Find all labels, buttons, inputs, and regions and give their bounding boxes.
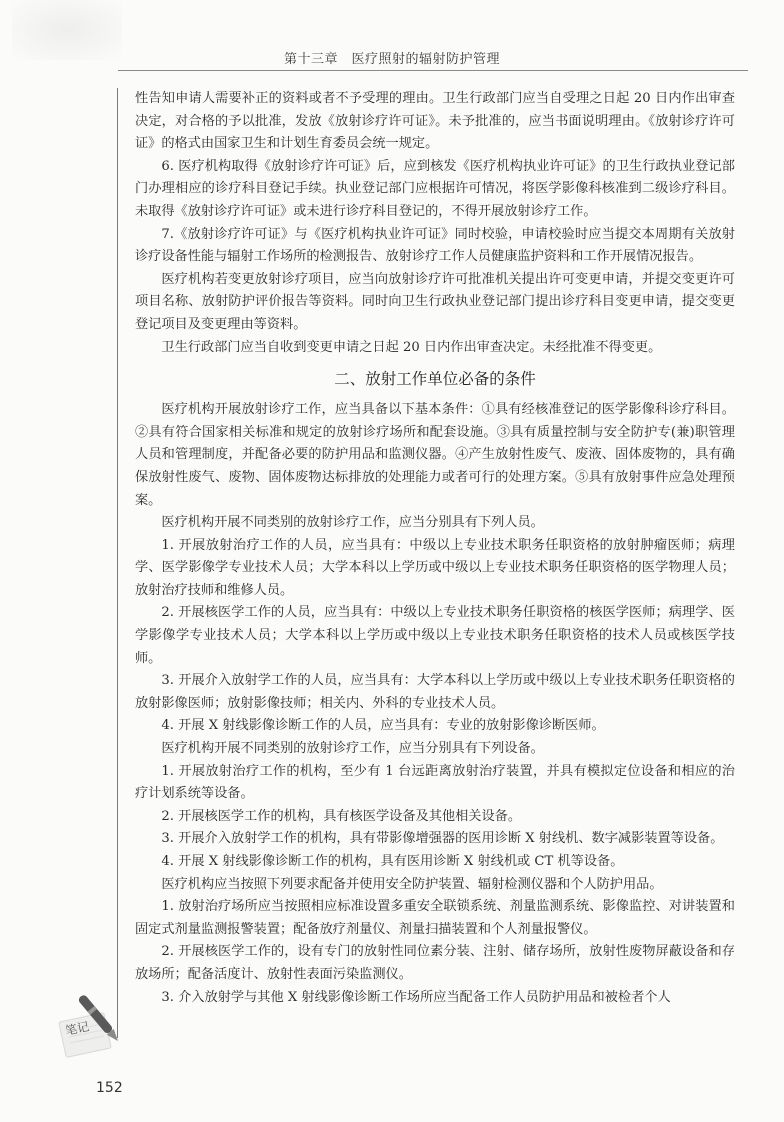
paragraph: 4. 开展 X 射线影像诊断工作的机构，具有医用诊断 X 射线机或 CT 机等设… [135,851,735,874]
paragraph: 4. 开展 X 射线影像诊断工作的人员，应当具有：专业的放射影像诊断医师。 [135,715,735,738]
paragraph: 医疗机构开展放射诊疗工作，应当具备以下基本条件：①具有经核准登记的医学影像科诊疗… [135,399,735,512]
paragraph: 2. 开展核医学工作的人员，应当具有：中级以上专业技术职务任职资格的核医学医师；… [135,602,735,670]
chapter-header: 第十三章 医疗照射的辐射防护管理 [0,48,784,67]
body-text: 性告知申请人需要补正的资料或者不予受理的理由。卫生行政部门应当自受理之日起 20… [135,88,735,1009]
paragraphs-before-heading: 性告知申请人需要补正的资料或者不予受理的理由。卫生行政部门应当自受理之日起 20… [135,88,735,359]
paragraph: 2. 开展核医学工作的，设有专门的放射性同位素分装、注射、储存场所，放射性废物屏… [135,941,735,986]
margin-rule [117,88,118,1038]
paragraphs-after-heading: 医疗机构开展放射诊疗工作，应当具备以下基本条件：①具有经核准登记的医学影像科诊疗… [135,399,735,1009]
paragraph: 3. 开展介入放射学工作的机构，具有带影像增强器的医用诊断 X 射线机、数字减影… [135,828,735,851]
paragraph: 1. 开展放射治疗工作的机构，至少有 1 台远距离放射治疗装置，并具有模拟定位设… [135,761,735,806]
header-rule [118,70,748,71]
paragraph: 医疗机构开展不同类别的放射诊疗工作，应当分别具有下列设备。 [135,738,735,761]
paragraph: 性告知申请人需要补正的资料或者不予受理的理由。卫生行政部门应当自受理之日起 20… [135,88,735,156]
paragraph: 2. 开展核医学工作的机构，具有核医学设备及其他相关设备。 [135,806,735,829]
paragraph: 医疗机构应当按照下列要求配备并使用安全防护装置、辐射检测仪器和个人防护用品。 [135,874,735,897]
paragraph: 卫生行政部门应当自收到变更申请之日起 20 日内作出审查决定。未经批准不得变更。 [135,337,735,360]
paragraph: 1. 放射治疗场所应当按照相应标准设置多重安全联锁系统、剂量监测系统、影像监控、… [135,896,735,941]
paragraph: 医疗机构开展不同类别的放射诊疗工作，应当分别具有下列人员。 [135,512,735,535]
paragraph: 1. 开展放射治疗工作的人员，应当具有：中级以上专业技术职务任职资格的放射肿瘤医… [135,535,735,603]
page-number: 152 [96,1080,123,1096]
paragraph: 医疗机构若变更放射诊疗项目，应当向放射诊疗许可批准机关提出许可变更申请，并提交变… [135,269,735,337]
paragraph: 6. 医疗机构取得《放射诊疗许可证》后，应到核发《医疗机构执业许可证》的卫生行政… [135,156,735,224]
notes-pen-icon: 笔记 [56,975,126,1065]
paragraph: 3. 开展介入放射学工作的人员，应当具有：大学本科以上学历或中级以上专业技术职务… [135,670,735,715]
paragraph: 3. 介入放射学与其他 X 射线影像诊断工作场所应当配备工作人员防护用品和被检者… [135,987,735,1010]
paragraph: 7.《放射诊疗许可证》与《医疗机构执业许可证》同时校验，申请校验时应当提交本周期… [135,224,735,269]
section-heading: 二、放射工作单位必备的条件 [135,365,735,393]
